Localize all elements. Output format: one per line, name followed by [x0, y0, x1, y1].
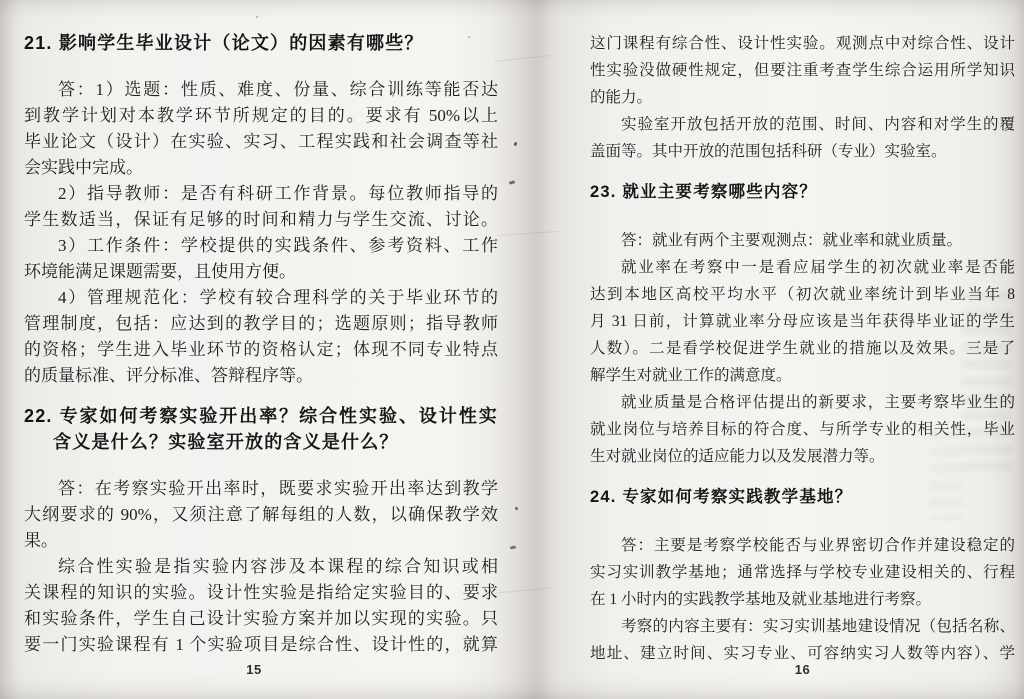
body-text-line: 的质量标准、评分标准、答辩程序等。 — [24, 363, 498, 389]
ink-speck — [256, 16, 258, 18]
body-text-line: 关课程的知识的实验。设计性实验是指给定实验目的、要求 — [24, 580, 498, 606]
question-heading-line: 含义是什么？实验室开放的含义是什么？ — [24, 429, 498, 455]
body-text-line: 学生数适当，保证有足够的时间和精力与学生交流、讨论。 — [24, 207, 498, 233]
question-heading-line: 24. 专家如何考察实践教学基地？ — [590, 484, 1015, 511]
paper-crease — [494, 55, 550, 62]
body-text-line: 盖面等。其中开放的范围包括科研（专业）实验室。 — [590, 138, 1015, 165]
body-text-line: 要一门实验课程有 1 个实验项目是综合性、设计性的，就算 — [24, 632, 498, 658]
body-text-line: 毕业论文（设计）在实验、实习、工程实践和社会调查等社 — [24, 129, 498, 155]
ink-speck — [515, 507, 518, 510]
body-text-line: 人数）。二是看学校促进学生就业的措施以及效果。三是了 — [590, 335, 1015, 362]
body-text-line: 这门课程有综合性、设计性实验。观测点中对综合性、设计 — [590, 30, 1015, 57]
body-text-line: 的资格；学生进入毕业环节的资格认定；体现不同专业特点 — [24, 337, 498, 363]
body-text-line: 和实验条件，学生自己设计实验方案并加以实现的实验。只 — [24, 606, 498, 632]
body-text-line: 大纲要求的 90%，又须注意了解每组的人数，以确保教学效 — [24, 502, 498, 528]
body-text-line: 达到本地区高校平均水平（初次就业率统计到毕业当年 8 — [590, 281, 1015, 308]
body-text-line: 答：就业有两个主要观测点：就业率和就业质量。 — [590, 227, 1015, 254]
body-text-line: 答：在考察实验开出率时，既要求实验开出率达到教学 — [24, 476, 498, 502]
page-number-left: 15 — [4, 661, 504, 679]
body-text-line: 答：主要是考察学校能否与业界密切合作并建设稳定的 — [590, 532, 1015, 559]
body-text-line: 的能力。 — [590, 84, 1015, 111]
paper-crease — [497, 231, 559, 236]
question-heading-line: 23. 就业主要考察哪些内容？ — [590, 179, 1015, 206]
body-text-line: 管理制度，包括：应达到的教学目的；选题原则；指导教师 — [24, 311, 498, 337]
body-text-line: 解学生对就业工作的满意度。 — [590, 362, 1015, 389]
book-spread: 21. 影响学生毕业设计（论文）的因素有哪些？答：1）选题：性质、难度、份量、综… — [0, 0, 1024, 699]
body-text-line: 综合性实验是指实验内容涉及本课程的综合知识或相 — [24, 554, 498, 580]
body-text-line: 到教学计划对本教学环节所规定的目的。要求有 50%以上 — [24, 103, 498, 129]
body-text-line: 就业质量是合格评估提出的新要求，主要考察毕业生的 — [590, 389, 1015, 416]
page-number-right: 16 — [590, 661, 1015, 679]
body-text-line: 果。 — [24, 528, 498, 554]
body-text-line: 2）指导教师：是否有科研工作背景。每位教师指导的 — [24, 181, 498, 207]
ink-speck — [513, 142, 517, 147]
body-text-line: 4）管理规范化：学校有较合理科学的关于毕业环节的 — [24, 285, 498, 311]
page-left: 21. 影响学生毕业设计（论文）的因素有哪些？答：1）选题：性质、难度、份量、综… — [24, 30, 498, 658]
question-heading-line: 21. 影响学生毕业设计（论文）的因素有哪些？ — [24, 30, 498, 56]
body-text-line: 生对就业岗位的适应能力以及发展潜力等。 — [590, 443, 1015, 470]
body-text-line: 在 1 小时内的实践教学基地及就业基地进行考察。 — [590, 586, 1015, 613]
page-right: 这门课程有综合性、设计性实验。观测点中对综合性、设计性实验没做硬性规定，但要注重… — [590, 30, 1015, 667]
body-text-line: 环境能满足课题需要，且使用方便。 — [24, 259, 498, 285]
page-right-text: 这门课程有综合性、设计性实验。观测点中对综合性、设计性实验没做硬性规定，但要注重… — [590, 30, 1015, 667]
ink-speck — [509, 180, 516, 184]
body-text-line: 答：1）选题：性质、难度、份量、综合训练等能否达 — [24, 77, 498, 103]
body-text-line: 实验室开放包括开放的范围、时间、内容和对学生的覆 — [590, 111, 1015, 138]
question-heading-line: 22. 专家如何考察实验开出率？综合性实验、设计性实验的 — [24, 403, 498, 429]
body-text-line: 就业率在考察中一是看应届学生的初次就业率是否能 — [590, 254, 1015, 281]
body-text-line: 性实验没做硬性规定，但要注重考查学生综合运用所学知识 — [590, 57, 1015, 84]
body-text-line: 月 31 日前，计算就业率分母应该是当年获得毕业证的学生 — [590, 308, 1015, 335]
paper-crease — [495, 588, 551, 594]
body-text-line: 实习实训教学基地；通常选择与学校专业建设相关的、行程 — [590, 559, 1015, 586]
body-text-line: 考察的内容主要有：实习实训基地建设情况（包括名称、 — [590, 613, 1015, 640]
body-text-line: 会实践中完成。 — [24, 155, 498, 181]
body-text-line: 3）工作条件：学校提供的实践条件、参考资料、工作 — [24, 233, 498, 259]
page-left-text: 21. 影响学生毕业设计（论文）的因素有哪些？答：1）选题：性质、难度、份量、综… — [24, 30, 498, 658]
gutter-shadow — [492, 0, 562, 699]
ink-speck — [510, 545, 516, 549]
body-text-line: 就业岗位与培养目标的符合度、与所学专业的相关性，毕业 — [590, 416, 1015, 443]
